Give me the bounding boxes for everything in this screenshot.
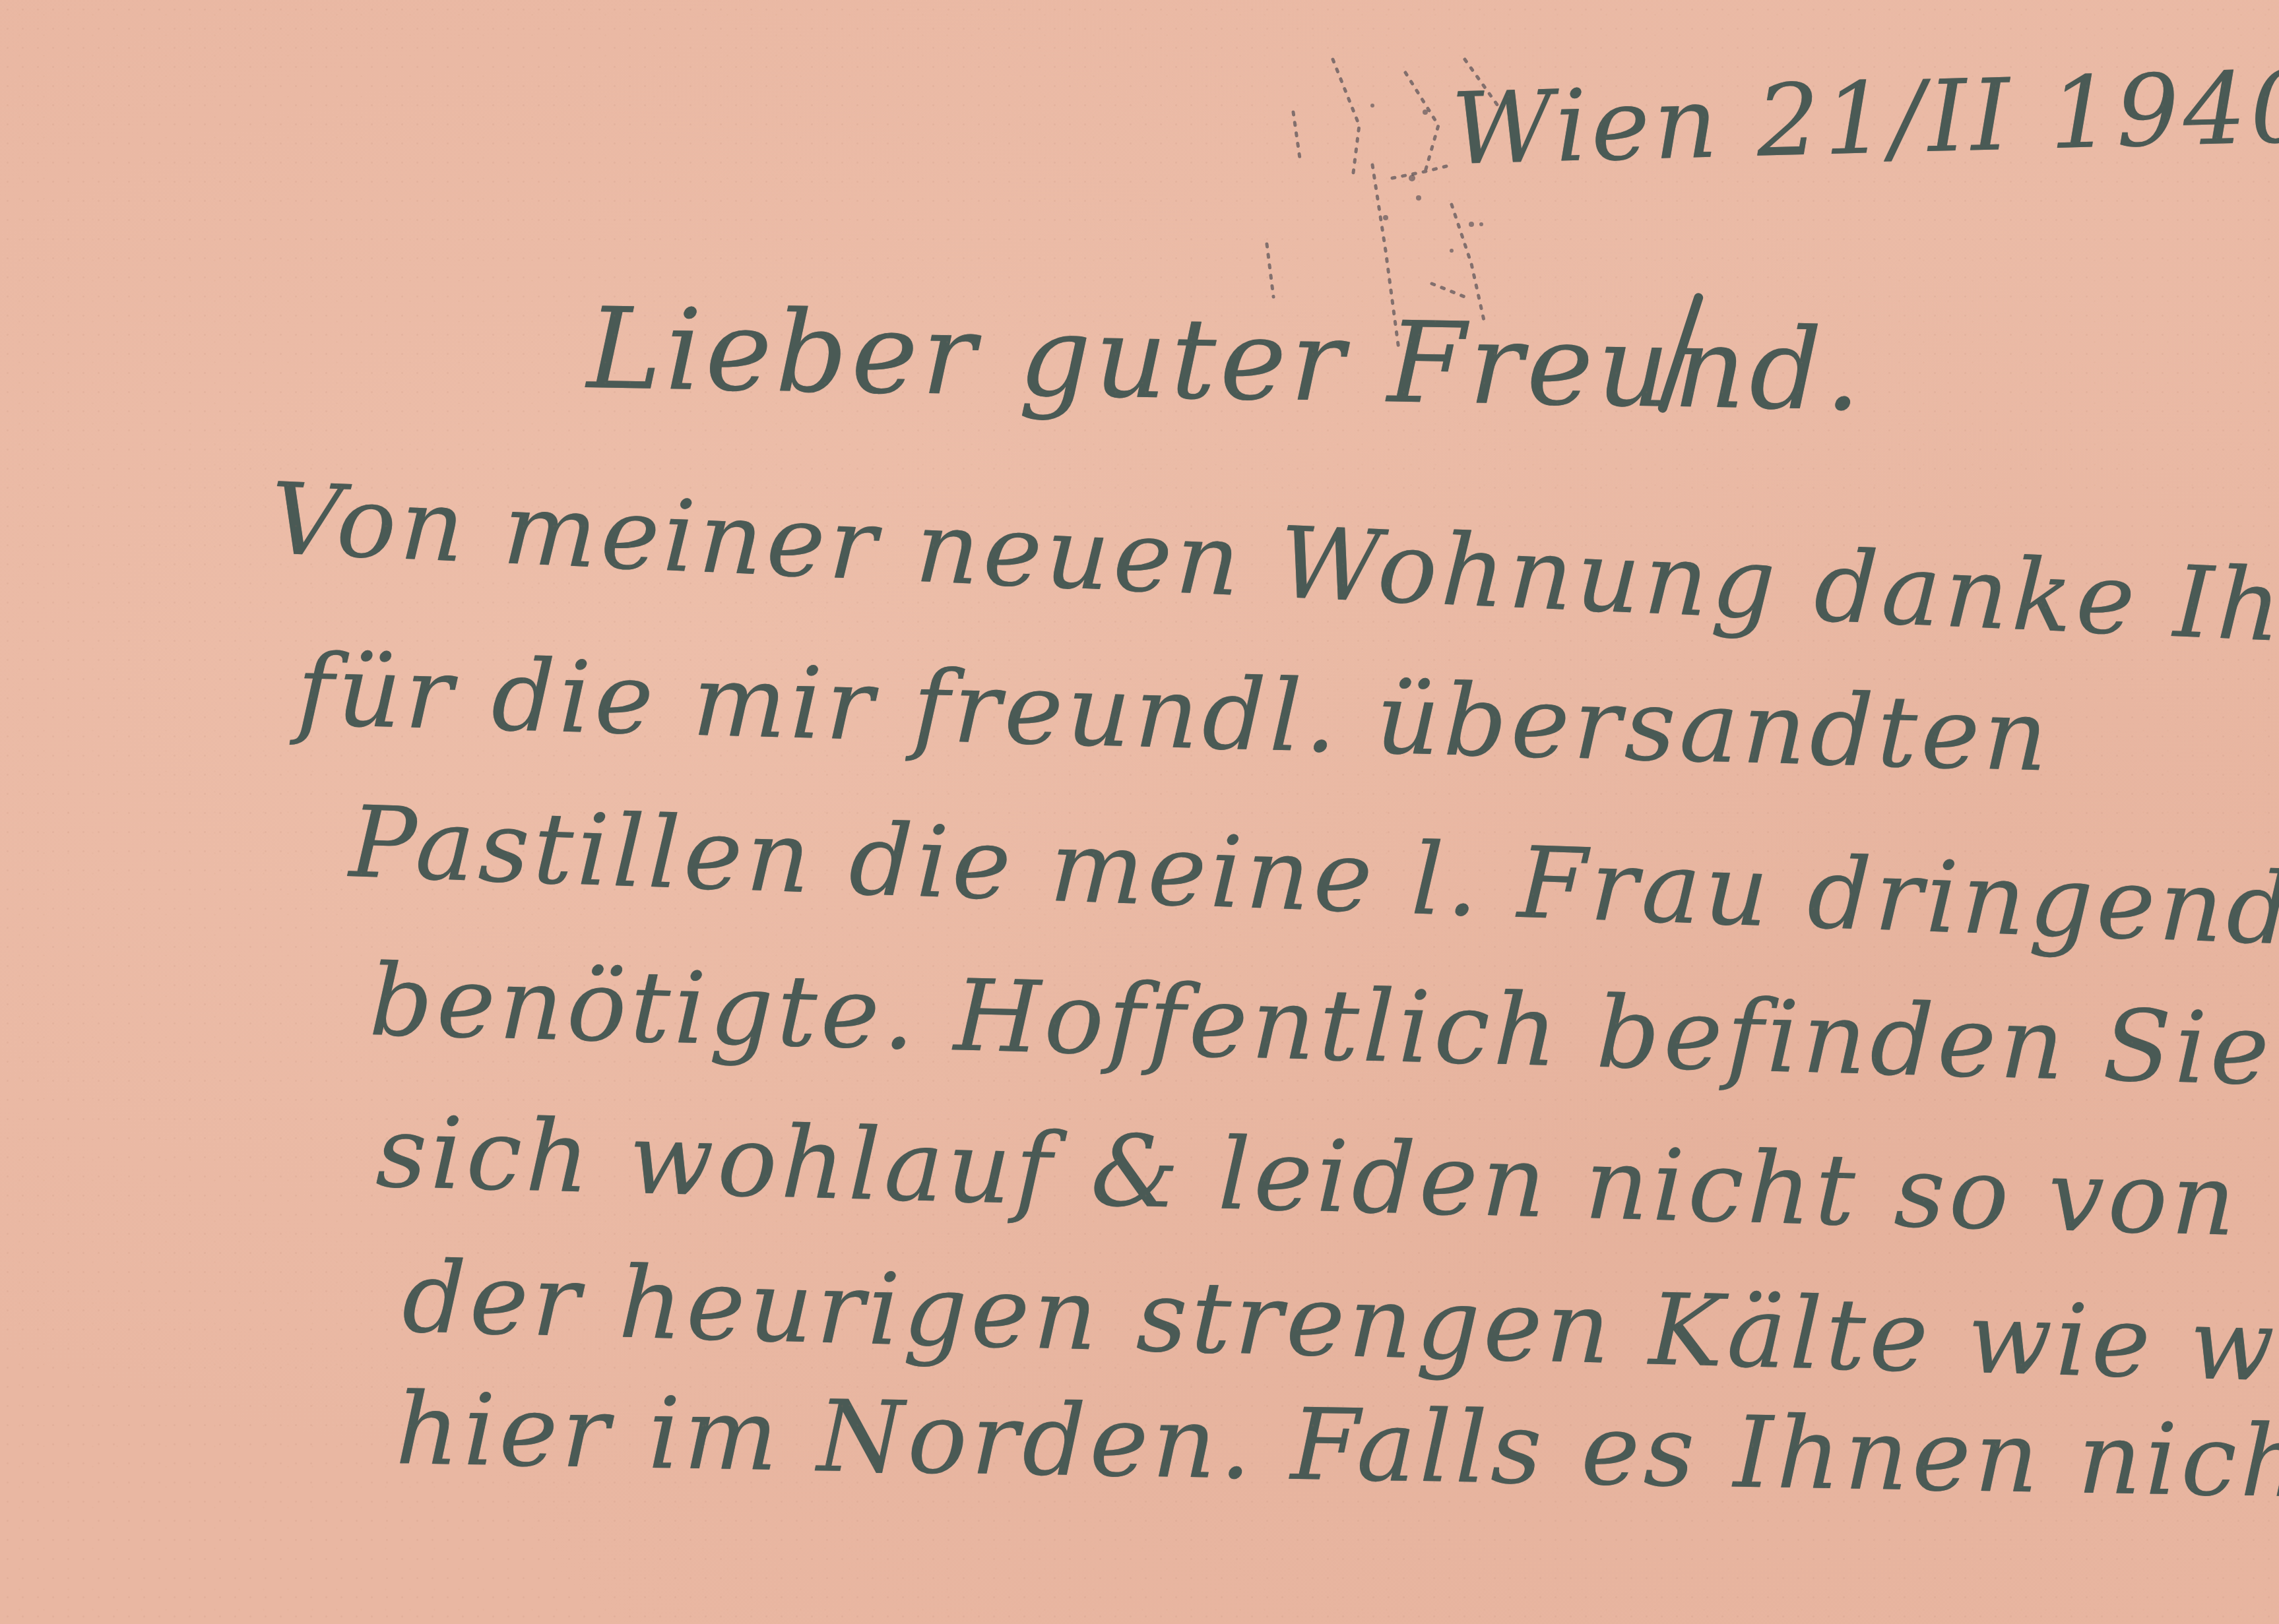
letter-line: für die mir freundl. übersandten	[296, 633, 2053, 794]
letter-line: benötigte. Hoffentlich befinden Sie	[368, 943, 2274, 1108]
letter-line: Pastillen die meine l. Frau dringend	[348, 785, 2279, 968]
date-line: Wien 21/II 1940.	[1450, 49, 2279, 187]
postcard: Wien 21/II 1940. Lieber guter Freund. Vo…	[0, 0, 2279, 1624]
letter-line: sich wohlauf & leiden nicht so von	[375, 1095, 2241, 1259]
